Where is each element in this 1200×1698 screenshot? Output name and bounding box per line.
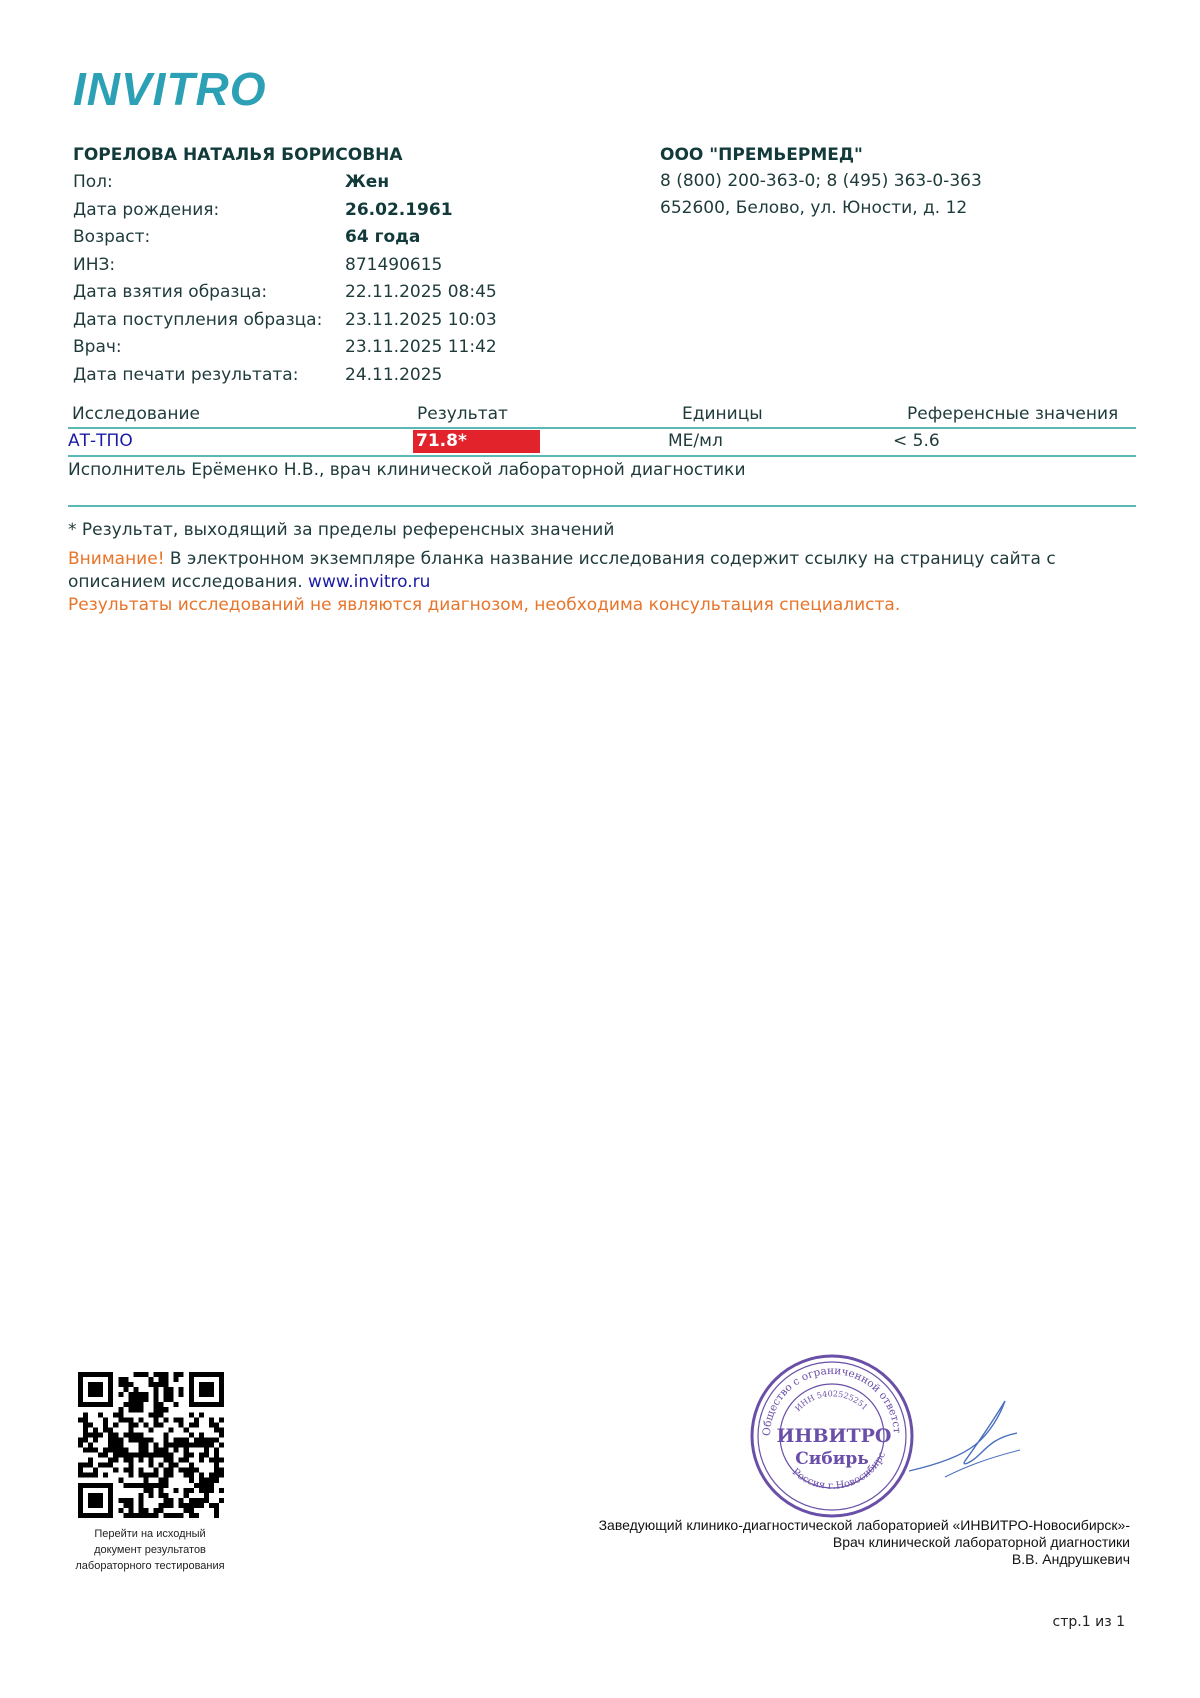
units-cell: МЕ/мл bbox=[668, 429, 893, 455]
info-value: 871490615 bbox=[345, 252, 442, 280]
info-row-print-date: Дата печати результата: 24.11.2025 bbox=[73, 362, 497, 390]
info-row-age: Возраст: 64 года bbox=[73, 224, 497, 252]
signature bbox=[905, 1395, 1025, 1490]
warning-text: В электронном экземпляре бланка название… bbox=[68, 549, 1056, 592]
info-row-inz: ИНЗ: 871490615 bbox=[73, 252, 497, 280]
info-label: ИНЗ: bbox=[73, 252, 345, 280]
info-label: Возраст: bbox=[73, 224, 345, 252]
info-row-doctor: Врач: 23.11.2025 11:42 bbox=[73, 334, 497, 362]
flagged-result-value: 71.8* bbox=[413, 430, 540, 453]
lab-phones: 8 (800) 200-363-0; 8 (495) 363-0-363 bbox=[660, 168, 982, 195]
info-value: 23.11.2025 10:03 bbox=[345, 307, 497, 335]
patient-info: Пол: Жен Дата рождения: 26.02.1961 Возра… bbox=[73, 169, 497, 389]
signer-line: Врач клинической лабораторной диагностик… bbox=[599, 1534, 1130, 1551]
info-label: Дата взятия образца: bbox=[73, 279, 345, 307]
reference-cell: < 5.6 bbox=[893, 429, 1136, 455]
info-value: 22.11.2025 08:45 bbox=[345, 279, 497, 307]
info-value: 24.11.2025 bbox=[345, 362, 442, 390]
disclaimer: Результаты исследований не являются диаг… bbox=[68, 594, 1158, 617]
stamp-inn: ИНН 5402525251 bbox=[793, 1389, 869, 1413]
info-label: Дата поступления образца: bbox=[73, 307, 345, 335]
info-row-sample-taken: Дата взятия образца: 22.11.2025 08:45 bbox=[73, 279, 497, 307]
lab-name: ООО "ПРЕМЬЕРМЕД" bbox=[660, 145, 982, 165]
info-value: Жен bbox=[345, 169, 389, 197]
test-name-cell: АТ-ТПО bbox=[68, 429, 413, 455]
lab-address: 652600, Белово, ул. Юности, д. 12 bbox=[660, 195, 982, 222]
asterisk-legend: * Результат, выходящий за пределы рефере… bbox=[68, 518, 1158, 542]
patient-name: ГОРЕЛОВА НАТАЛЬЯ БОРИСОВНА bbox=[73, 145, 403, 165]
qr-caption-line: лабораторного тестирования bbox=[60, 1558, 240, 1574]
warning-note: Внимание! В электронном экземпляре бланк… bbox=[68, 548, 1158, 594]
results-table: Исследование Результат Единицы Референсн… bbox=[68, 403, 1136, 507]
qr-caption-line: документ результатов bbox=[60, 1542, 240, 1558]
info-value: 64 года bbox=[345, 224, 420, 252]
lab-stamp: Общество с ограниченной ответственностью… bbox=[748, 1352, 916, 1520]
performer-text: Исполнитель Ерёменко Н.В., врач клиничес… bbox=[68, 457, 1136, 481]
info-label: Врач: bbox=[73, 334, 345, 362]
column-header-test: Исследование bbox=[68, 403, 417, 427]
info-label: Дата печати результата: bbox=[73, 362, 345, 390]
info-value: 26.02.1961 bbox=[345, 197, 453, 225]
divider bbox=[68, 505, 1136, 507]
signer-line: В.В. Андрушкевич bbox=[599, 1551, 1130, 1568]
invitro-logo: INVITRO bbox=[73, 62, 267, 116]
column-header-units: Единицы bbox=[672, 403, 907, 427]
info-row-birth-date: Дата рождения: 26.02.1961 bbox=[73, 197, 497, 225]
page-number: стр.1 из 1 bbox=[1053, 1614, 1125, 1630]
result-cell: 71.8* bbox=[413, 429, 668, 455]
test-name-link[interactable]: АТ-ТПО bbox=[68, 431, 133, 451]
stamp-center-line2: Сибирь bbox=[795, 1449, 869, 1469]
warning-word: Внимание! bbox=[68, 549, 165, 569]
column-header-reference: Референсные значения bbox=[907, 403, 1136, 427]
info-value: 23.11.2025 11:42 bbox=[345, 334, 497, 362]
info-label: Дата рождения: bbox=[73, 197, 345, 225]
site-link[interactable]: www.invitro.ru bbox=[308, 572, 430, 592]
svg-text:ИНН 5402525251: ИНН 5402525251 bbox=[793, 1389, 869, 1413]
signer-block: Заведующий клинико-диагностической лабор… bbox=[599, 1517, 1130, 1568]
lab-info: ООО "ПРЕМЬЕРМЕД" 8 (800) 200-363-0; 8 (4… bbox=[660, 145, 982, 222]
stamp-center-line1: ИНВИТРО bbox=[777, 1425, 892, 1447]
info-row-sample-received: Дата поступления образца: 23.11.2025 10:… bbox=[73, 307, 497, 335]
signer-line: Заведующий клинико-диагностической лабор… bbox=[599, 1517, 1130, 1534]
results-header: Исследование Результат Единицы Референсн… bbox=[68, 403, 1136, 429]
table-row: АТ-ТПО 71.8* МЕ/мл < 5.6 bbox=[68, 429, 1136, 457]
qr-code[interactable] bbox=[78, 1372, 224, 1518]
column-header-result: Результат bbox=[417, 403, 672, 427]
info-row-sex: Пол: Жен bbox=[73, 169, 497, 197]
notes: * Результат, выходящий за пределы рефере… bbox=[68, 518, 1158, 617]
qr-caption: Перейти на исходный документ результатов… bbox=[60, 1526, 240, 1574]
info-label: Пол: bbox=[73, 169, 345, 197]
qr-caption-line: Перейти на исходный bbox=[60, 1526, 240, 1542]
